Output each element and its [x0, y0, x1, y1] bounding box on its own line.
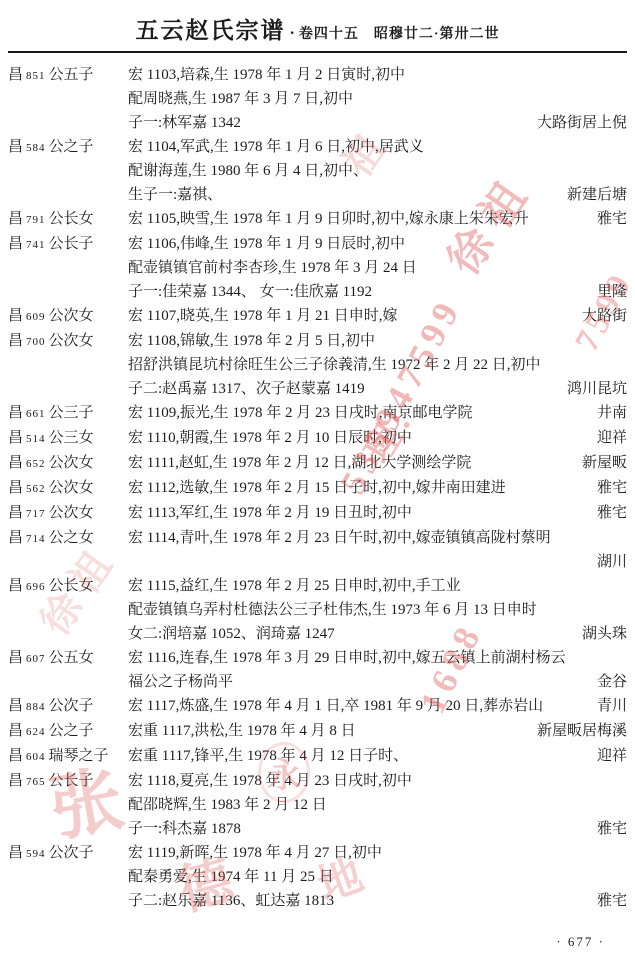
entry-label-number: 717 — [23, 508, 49, 520]
entry-label-relation: 公长女 — [49, 211, 94, 227]
entry-row: 昌584公之子宏 1104,军武,生 1978 年 1 月 6 日,初中,居武义… — [8, 135, 627, 207]
entry-content: 宏重 1117,洪松,生 1978 年 4 月 8 日新屋畈居梅溪 — [128, 719, 627, 743]
entry-line: 生子一:嘉祺、新建后塘 — [128, 183, 627, 207]
entry-line: 宏 1105,映雪,生 1978 年 1 月 9 日卯时,初中,嫁永康上朱朱宏升… — [128, 207, 627, 231]
entry-label-relation: 公次女 — [49, 505, 94, 521]
entry-place: 井南 — [591, 401, 627, 425]
entry-content: 宏 1107,晓英,生 1978 年 1 月 21 日申时,嫁大路街 — [128, 304, 627, 328]
entry-line: 宏 1112,选敏,生 1978 年 2 月 15 日子时,初中,嫁井南田建进雅… — [128, 476, 627, 500]
entry-place: 里隆 — [591, 280, 627, 304]
entry-row: 昌717公次女宏 1113,军红,生 1978 年 2 月 19 日丑时,初中雅… — [8, 501, 627, 526]
entry-label-relation: 公次女 — [49, 455, 94, 471]
entry-row: 昌594公次子宏 1119,新晖,生 1978 年 4 月 27 日,初中配秦勇… — [8, 841, 627, 913]
entry-line: 配壶镇镇官前村李杏珍,生 1978 年 3 月 24 日 — [128, 256, 627, 280]
entry-row: 昌714公之女宏 1114,青叶,生 1978 年 2 月 23 日午时,初中,… — [8, 526, 627, 574]
entry-place: 雅宅 — [591, 476, 627, 500]
entry-label-surname: 昌 — [8, 578, 23, 594]
page-number: · 677 · — [556, 934, 605, 950]
entry-content: 宏 1118,夏亮,生 1978 年 4 月 23 日戌时,初中配邵晓辉,生 1… — [128, 769, 627, 841]
entry-label-number: 884 — [23, 701, 49, 713]
entry-row: 昌661公三子宏 1109,振光,生 1978 年 2 月 23 日戌时,南京邮… — [8, 401, 627, 426]
page-header: 五云赵氏宗谱·卷四十五 昭穆廿二·第卅二世 — [0, 0, 635, 45]
entry-label-surname: 昌 — [8, 650, 23, 666]
entry-label-number: 714 — [23, 533, 49, 545]
entry-label-number: 594 — [23, 848, 49, 860]
page-title: 五云赵氏宗谱 — [135, 18, 285, 43]
entry-place: 大路街 — [576, 304, 627, 328]
entry-line: 招舒洪镇昆坑村徐旺生公三子徐義清,生 1972 年 2 月 22 日,初中 — [128, 353, 627, 377]
entry-place: 新屋畈居梅溪 — [531, 719, 627, 743]
entry-content: 宏 1105,映雪,生 1978 年 1 月 9 日卯时,初中,嫁永康上朱朱宏升… — [128, 207, 627, 231]
entry-place: 新屋畈 — [576, 451, 627, 475]
entry-label-relation: 公之子 — [49, 723, 94, 739]
entry-label-relation: 公长子 — [49, 773, 94, 789]
entry-label-surname: 昌 — [8, 505, 23, 521]
entry-line: 宏重 1117,洪松,生 1978 年 4 月 8 日新屋畈居梅溪 — [128, 719, 627, 743]
entry-line-text: 配秦勇爱,生 1974 年 11 月 25 日 — [128, 865, 334, 889]
entry-line-text: 福公之子杨尚平 — [128, 670, 233, 694]
entry-line: 配壶镇镇乌弄村杜德法公三子杜伟杰,生 1973 年 6 月 13 日申时 — [128, 598, 627, 622]
entry-label-number: 584 — [23, 142, 49, 154]
entry-label: 昌765公长子 — [8, 769, 128, 794]
entry-line: 宏 1114,青叶,生 1978 年 2 月 23 日午时,初中,嫁壶镇镇高陇村… — [128, 526, 627, 550]
entry-label-relation: 公次子 — [49, 845, 94, 861]
entry-label-relation: 公之子 — [49, 139, 94, 155]
entry-label: 昌562公次女 — [8, 476, 128, 501]
entry-place: 大路街居上倪 — [531, 111, 627, 135]
entry-line: 湖川 — [128, 550, 627, 574]
entry-line-text: 子一:佳荣嘉 1344、 女一:佳欣嘉 1192 — [128, 280, 372, 304]
entry-line-text: 子一:林军嘉 1342 — [128, 111, 241, 135]
entry-line: 宏 1104,军武,生 1978 年 1 月 6 日,初中,居武义 — [128, 135, 627, 159]
entry-label-surname: 昌 — [8, 211, 23, 227]
title-separator-dot: · — [285, 25, 298, 42]
entry-content: 宏 1113,军红,生 1978 年 2 月 19 日丑时,初中雅宅 — [128, 501, 627, 525]
entry-line: 宏 1106,伟峰,生 1978 年 1 月 9 日辰时,初中 — [128, 232, 627, 256]
entry-content: 宏 1104,军武,生 1978 年 1 月 6 日,初中,居武义配谢海莲,生 … — [128, 135, 627, 207]
entry-label-surname: 昌 — [8, 698, 23, 714]
entry-label-surname: 昌 — [8, 723, 23, 739]
entry-label-number: 741 — [23, 239, 49, 251]
entry-label-number: 661 — [23, 408, 49, 420]
entry-label-number: 652 — [23, 458, 49, 470]
entry-line: 子一:林军嘉 1342大路街居上倪 — [128, 111, 627, 135]
genealogy-entries: 昌851公五子宏 1103,培森,生 1978 年 1 月 2 日寅时,初中配周… — [0, 53, 635, 913]
entry-label-surname: 昌 — [8, 333, 23, 349]
entry-line-text: 宏重 1117,锋平,生 1978 年 4 月 12 日子时、 — [128, 744, 408, 768]
entry-line-text: 宏 1107,晓英,生 1978 年 1 月 21 日申时,嫁 — [128, 304, 397, 328]
entry-label-number: 562 — [23, 483, 49, 495]
entry-label-number: 791 — [23, 214, 49, 226]
entry-line-text: 宏 1111,赵虹,生 1978 年 2 月 12 日,湖北大学测绘学院 — [128, 451, 471, 475]
entry-line-text: 宏 1118,夏亮,生 1978 年 4 月 23 日戌时,初中 — [128, 769, 412, 793]
entry-label: 昌584公之子 — [8, 135, 128, 160]
entry-label: 昌884公次子 — [8, 694, 128, 719]
entry-line: 女二:润培嘉 1052、润琦嘉 1247湖头珠 — [128, 622, 627, 646]
entry-line-text: 宏重 1117,洪松,生 1978 年 4 月 8 日 — [128, 719, 356, 743]
entry-line: 宏 1115,益红,生 1978 年 2 月 25 日申时,初中,手工业 — [128, 574, 627, 598]
entry-line-text: 配邵晓辉,生 1983 年 2 月 12 日 — [128, 793, 327, 817]
entry-label-surname: 昌 — [8, 748, 23, 764]
entry-label-number: 514 — [23, 433, 49, 445]
entry-place: 迎祥 — [591, 744, 627, 768]
entry-label-number: 700 — [23, 336, 49, 348]
entry-label-number: 604 — [23, 751, 49, 763]
entry-place: 青川 — [591, 694, 627, 718]
entry-line-text: 配周晓燕,生 1987 年 3 月 7 日,初中 — [128, 87, 353, 111]
entry-label-relation: 公次子 — [49, 698, 94, 714]
entry-content: 宏 1103,培森,生 1978 年 1 月 2 日寅时,初中配周晓燕,生 19… — [128, 63, 627, 135]
entry-label-surname: 昌 — [8, 308, 23, 324]
entry-label: 昌604瑞琴之子 — [8, 744, 128, 769]
entry-line: 宏 1111,赵虹,生 1978 年 2 月 12 日,湖北大学测绘学院新屋畈 — [128, 451, 627, 475]
entry-label-number: 607 — [23, 653, 49, 665]
entry-label: 昌714公之女 — [8, 526, 128, 551]
entry-label: 昌717公次女 — [8, 501, 128, 526]
entry-line-text: 宏 1117,炼盛,生 1978 年 4 月 1 日,卒 1981 年 9 月 … — [128, 694, 543, 718]
entry-place: 迎祥 — [591, 426, 627, 450]
entry-row: 昌884公次子宏 1117,炼盛,生 1978 年 4 月 1 日,卒 1981… — [8, 694, 627, 719]
entry-line-text: 子二:赵禹嘉 1317、次子赵蒙嘉 1419 — [128, 377, 365, 401]
entry-content: 宏 1111,赵虹,生 1978 年 2 月 12 日,湖北大学测绘学院新屋畈 — [128, 451, 627, 475]
entry-line-text: 宏 1116,连春,生 1978 年 3 月 29 日申时,初中,嫁五云镇上前湖… — [128, 646, 566, 670]
entry-content: 宏 1119,新晖,生 1978 年 4 月 27 日,初中配秦勇爱,生 197… — [128, 841, 627, 913]
entry-label-relation: 公长子 — [49, 236, 94, 252]
entry-row: 昌609公次女宏 1107,晓英,生 1978 年 1 月 21 日申时,嫁大路… — [8, 304, 627, 329]
entry-label-surname: 昌 — [8, 139, 23, 155]
entry-place: 雅宅 — [591, 207, 627, 231]
entry-place: 雅宅 — [591, 889, 627, 913]
entry-content: 宏 1108,锦敏,生 1978 年 2 月 5 日,初中招舒洪镇昆坑村徐旺生公… — [128, 329, 627, 401]
entry-row: 昌696公长女宏 1115,益红,生 1978 年 2 月 25 日申时,初中,… — [8, 574, 627, 646]
entry-label-number: 696 — [23, 581, 49, 593]
entry-line-text: 宏 1103,培森,生 1978 年 1 月 2 日寅时,初中 — [128, 63, 405, 87]
entry-label-relation: 瑞琴之子 — [49, 748, 109, 764]
entry-line-text: 宏 1119,新晖,生 1978 年 4 月 27 日,初中 — [128, 841, 382, 865]
entry-label-number: 609 — [23, 311, 49, 323]
entry-place: 新建后塘 — [561, 183, 627, 207]
entry-row: 昌604瑞琴之子宏重 1117,锋平,生 1978 年 4 月 12 日子时、迎… — [8, 744, 627, 769]
entry-content: 宏 1109,振光,生 1978 年 2 月 23 日戌时,南京邮电学院井南 — [128, 401, 627, 425]
entry-line: 子二:赵乐嘉 1136、虹达嘉 1813雅宅 — [128, 889, 627, 913]
entry-label-surname: 昌 — [8, 430, 23, 446]
entry-label: 昌696公长女 — [8, 574, 128, 599]
entry-label-relation: 公三女 — [49, 430, 94, 446]
entry-line: 宏 1109,振光,生 1978 年 2 月 23 日戌时,南京邮电学院井南 — [128, 401, 627, 425]
entry-label-relation: 公五子 — [49, 67, 94, 83]
entry-label: 昌609公次女 — [8, 304, 128, 329]
entry-line-text: 宏 1115,益红,生 1978 年 2 月 25 日申时,初中,手工业 — [128, 574, 461, 598]
entry-line: 福公之子杨尚平金谷 — [128, 670, 627, 694]
entry-label-surname: 昌 — [8, 236, 23, 252]
entry-place: 雅宅 — [591, 817, 627, 841]
entry-label-relation: 公次女 — [49, 333, 94, 349]
entry-content: 宏 1106,伟峰,生 1978 年 1 月 9 日辰时,初中配壶镇镇官前村李杏… — [128, 232, 627, 304]
entry-label-surname: 昌 — [8, 845, 23, 861]
entry-label: 昌700公次女 — [8, 329, 128, 354]
entry-line-text: 配壶镇镇乌弄村杜德法公三子杜伟杰,生 1973 年 6 月 13 日申时 — [128, 598, 537, 622]
entry-label-surname: 昌 — [8, 480, 23, 496]
entry-line-text: 配谢海莲,生 1980 年 6 月 4 日,初中、 — [128, 159, 368, 183]
entry-content: 宏 1112,选敏,生 1978 年 2 月 15 日子时,初中,嫁井南田建进雅… — [128, 476, 627, 500]
entry-line: 配邵晓辉,生 1983 年 2 月 12 日 — [128, 793, 627, 817]
entry-label-relation: 公三子 — [49, 405, 94, 421]
entry-line: 宏 1117,炼盛,生 1978 年 4 月 1 日,卒 1981 年 9 月 … — [128, 694, 627, 718]
entry-row: 昌514公三女宏 1110,朝霞,生 1978 年 2 月 10 日辰时,初中迎… — [8, 426, 627, 451]
entry-label: 昌851公五子 — [8, 63, 128, 88]
entry-line-text: 宏 1113,军红,生 1978 年 2 月 19 日丑时,初中 — [128, 501, 412, 525]
entry-label: 昌661公三子 — [8, 401, 128, 426]
entry-line: 宏 1108,锦敏,生 1978 年 2 月 5 日,初中 — [128, 329, 627, 353]
entry-row: 昌765公长子宏 1118,夏亮,生 1978 年 4 月 23 日戌时,初中配… — [8, 769, 627, 841]
entry-content: 宏重 1117,锋平,生 1978 年 4 月 12 日子时、迎祥 — [128, 744, 627, 768]
entry-line-text: 宏 1108,锦敏,生 1978 年 2 月 5 日,初中 — [128, 329, 375, 353]
entry-label-surname: 昌 — [8, 773, 23, 789]
entry-label: 昌741公长子 — [8, 232, 128, 257]
entry-row: 昌851公五子宏 1103,培森,生 1978 年 1 月 2 日寅时,初中配周… — [8, 63, 627, 135]
entry-line-text: 宏 1110,朝霞,生 1978 年 2 月 10 日辰时,初中 — [128, 426, 412, 450]
entry-label: 昌607公五女 — [8, 646, 128, 671]
entry-line: 子二:赵禹嘉 1317、次子赵蒙嘉 1419鸿川昆坑 — [128, 377, 627, 401]
entry-line-text: 宏 1106,伟峰,生 1978 年 1 月 9 日辰时,初中 — [128, 232, 405, 256]
entry-line-text: 宏 1109,振光,生 1978 年 2 月 23 日戌时,南京邮电学院 — [128, 401, 472, 425]
entry-line: 配谢海莲,生 1980 年 6 月 4 日,初中、 — [128, 159, 627, 183]
entry-place: 湖头珠 — [576, 622, 627, 646]
entry-label: 昌514公三女 — [8, 426, 128, 451]
entry-line: 子一:科杰嘉 1878雅宅 — [128, 817, 627, 841]
entry-row: 昌741公长子宏 1106,伟峰,生 1978 年 1 月 9 日辰时,初中配壶… — [8, 232, 627, 304]
entry-content: 宏 1117,炼盛,生 1978 年 4 月 1 日,卒 1981 年 9 月 … — [128, 694, 627, 718]
entry-line-text: 子一:科杰嘉 1878 — [128, 817, 241, 841]
entry-label-number: 765 — [23, 776, 49, 788]
entry-line-text: 生子一:嘉祺、 — [128, 183, 222, 207]
entry-content: 宏 1114,青叶,生 1978 年 2 月 23 日午时,初中,嫁壶镇镇高陇村… — [128, 526, 627, 574]
entry-label-relation: 公次女 — [49, 308, 94, 324]
entry-line-text — [128, 550, 132, 574]
entry-line-text: 宏 1105,映雪,生 1978 年 1 月 9 日卯时,初中,嫁永康上朱朱宏升 — [128, 207, 529, 231]
entry-line-text: 配壶镇镇官前村李杏珍,生 1978 年 3 月 24 日 — [128, 256, 417, 280]
entry-line: 宏 1110,朝霞,生 1978 年 2 月 10 日辰时,初中迎祥 — [128, 426, 627, 450]
entry-line: 子一:佳荣嘉 1344、 女一:佳欣嘉 1192里隆 — [128, 280, 627, 304]
entry-label: 昌624公之子 — [8, 719, 128, 744]
entry-line-text: 宏 1112,选敏,生 1978 年 2 月 15 日子时,初中,嫁井南田建进 — [128, 476, 506, 500]
entry-label-surname: 昌 — [8, 67, 23, 83]
entry-place: 鸿川昆坑 — [561, 377, 627, 401]
entry-row: 昌607公五女宏 1116,连春,生 1978 年 3 月 29 日申时,初中,… — [8, 646, 627, 694]
entry-content: 宏 1115,益红,生 1978 年 2 月 25 日申时,初中,手工业配壶镇镇… — [128, 574, 627, 646]
entry-label-number: 851 — [23, 70, 49, 82]
entry-content: 宏 1116,连春,生 1978 年 3 月 29 日申时,初中,嫁五云镇上前湖… — [128, 646, 627, 694]
entry-row: 昌624公之子宏重 1117,洪松,生 1978 年 4 月 8 日新屋畈居梅溪 — [8, 719, 627, 744]
entry-row: 昌700公次女宏 1108,锦敏,生 1978 年 2 月 5 日,初中招舒洪镇… — [8, 329, 627, 401]
entry-label: 昌791公长女 — [8, 207, 128, 232]
entry-line-text: 子二:赵乐嘉 1136、虹达嘉 1813 — [128, 889, 334, 913]
entry-row: 昌652公次女宏 1111,赵虹,生 1978 年 2 月 12 日,湖北大学测… — [8, 451, 627, 476]
entry-line: 宏 1103,培森,生 1978 年 1 月 2 日寅时,初中 — [128, 63, 627, 87]
entry-label-number: 624 — [23, 726, 49, 738]
entry-label-surname: 昌 — [8, 530, 23, 546]
entry-label-surname: 昌 — [8, 405, 23, 421]
entry-line: 宏 1113,军红,生 1978 年 2 月 19 日丑时,初中雅宅 — [128, 501, 627, 525]
entry-label: 昌652公次女 — [8, 451, 128, 476]
entry-line: 宏 1119,新晖,生 1978 年 4 月 27 日,初中 — [128, 841, 627, 865]
entry-line-text: 宏 1114,青叶,生 1978 年 2 月 23 日午时,初中,嫁壶镇镇高陇村… — [128, 526, 551, 550]
entry-row: 昌791公长女宏 1105,映雪,生 1978 年 1 月 9 日卯时,初中,嫁… — [8, 207, 627, 232]
entry-label-relation: 公之女 — [49, 530, 94, 546]
entry-line: 宏 1118,夏亮,生 1978 年 4 月 23 日戌时,初中 — [128, 769, 627, 793]
entry-label: 昌594公次子 — [8, 841, 128, 866]
entry-line-text: 宏 1104,军武,生 1978 年 1 月 6 日,初中,居武义 — [128, 135, 424, 159]
entry-line: 宏 1107,晓英,生 1978 年 1 月 21 日申时,嫁大路街 — [128, 304, 627, 328]
entry-line-text: 招舒洪镇昆坑村徐旺生公三子徐義清,生 1972 年 2 月 22 日,初中 — [128, 353, 541, 377]
entry-label-relation: 公五女 — [49, 650, 94, 666]
entry-place: 湖川 — [591, 550, 627, 574]
entry-line: 配秦勇爱,生 1974 年 11 月 25 日 — [128, 865, 627, 889]
volume-subtitle: 卷四十五 昭穆廿二·第卅二世 — [299, 27, 500, 42]
entry-label-relation: 公次女 — [49, 480, 94, 496]
entry-content: 宏 1110,朝霞,生 1978 年 2 月 10 日辰时,初中迎祥 — [128, 426, 627, 450]
entry-row: 昌562公次女宏 1112,选敏,生 1978 年 2 月 15 日子时,初中,… — [8, 476, 627, 501]
entry-line: 宏 1116,连春,生 1978 年 3 月 29 日申时,初中,嫁五云镇上前湖… — [128, 646, 627, 670]
entry-place: 雅宅 — [591, 501, 627, 525]
entry-place: 金谷 — [591, 670, 627, 694]
entry-line-text: 女二:润培嘉 1052、润琦嘉 1247 — [128, 622, 335, 646]
entry-line: 配周晓燕,生 1987 年 3 月 7 日,初中 — [128, 87, 627, 111]
entry-label-relation: 公长女 — [49, 578, 94, 594]
entry-label-surname: 昌 — [8, 455, 23, 471]
entry-line: 宏重 1117,锋平,生 1978 年 4 月 12 日子时、迎祥 — [128, 744, 627, 768]
